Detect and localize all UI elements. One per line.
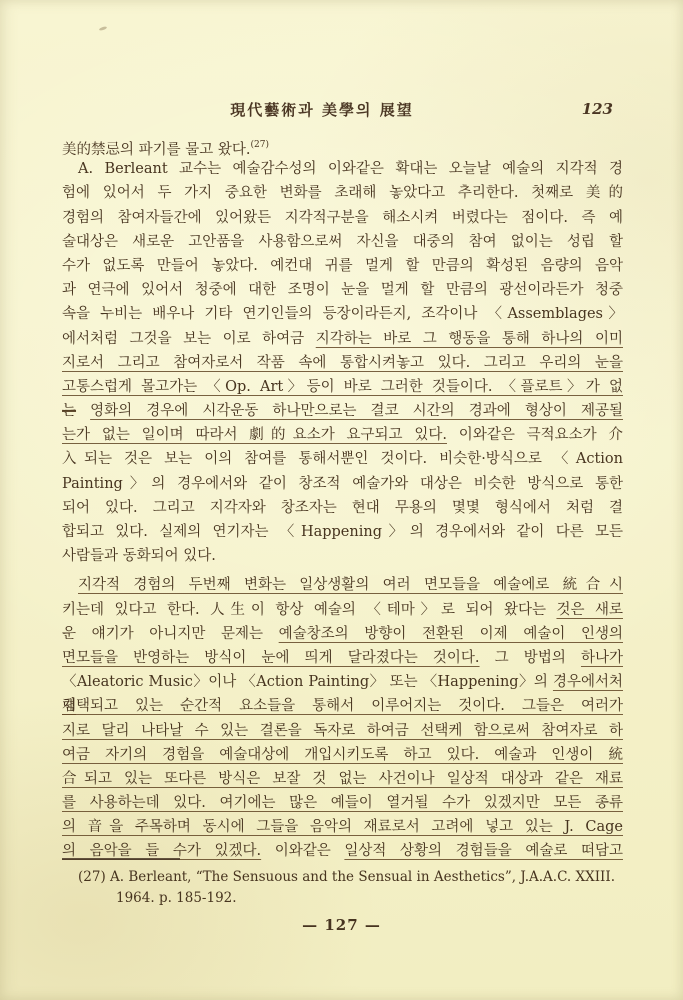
text-line: 여금 자기의 경험을 예술대상에 개입시키도록 하고 있다. 예술과 인생이 統 <box>62 743 623 767</box>
text-line: 술대상은 새로운 고안품을 사용함으로써 자신을 대중의 참여 없이는 성립 할 <box>62 230 623 254</box>
underlined-text-segment: 는가 없는 일이며 따라서 劇的요소가 요구되고 있다. <box>62 427 447 443</box>
footnote-reference-superscript: (27) <box>251 140 269 150</box>
text-segment: 그 방법의 <box>480 650 581 666</box>
text-line: 合되고 있는 또다른 방식은 보잘 것 없는 사건이나 일상적 대상과 같은 재… <box>62 767 623 791</box>
footnote-marker: (27) <box>78 869 106 885</box>
underlined-text-segment: 合되고 있는 또다른 방식은 보잘 것 없는 사건이나 일상적 대상과 같은 재… <box>62 771 623 787</box>
text-line: 지로 달리 나타날 수 있는 결론을 독자로 하여금 선택케 함으로써 참여자로… <box>62 719 623 743</box>
text-line: 고통스럽게 몰고가는 〈Op. Art〉등이 바로 그러한 것들이다. 〈플로트… <box>62 375 623 399</box>
underlined-text-segment: 영화의 경우에 시각운동 하나만으로는 결코 시간의 경과에 형상이 제공될 <box>90 403 623 419</box>
footnote: (27) A. Berleant, “The Sensuous and the … <box>62 858 623 909</box>
text-segment: 수가 없도록 만들어 놓았다. 예컨대 귀를 멀게 할 만큼의 확성된 음량의 … <box>62 258 623 274</box>
text-line: 美的禁忌의 파기를 물고 왔다.(27) <box>62 133 623 157</box>
body-text: 美的禁忌의 파기를 물고 왔다.(27)A. Berleant 교수는 예술감수… <box>62 133 623 864</box>
text-segment: 과 연극에 있어서 청중에 대한 조명이 눈을 멀게 할 만큼의 광선이라든가 … <box>62 282 623 298</box>
text-line: A. Berleant 교수는 예술감수성의 이와같은 확대는 오늘날 예술의 … <box>62 157 623 181</box>
footnote-line: (27) A. Berleant, “The Sensuous and the … <box>62 867 623 888</box>
text-line: 과 연극에 있어서 청중에 대한 조명이 눈을 멀게 할 만큼의 광선이라든가 … <box>62 278 623 302</box>
underlined-text-segment: 것은 새로 <box>556 602 623 618</box>
footnote-citation: A. Berleant, “The Sensuous and the Sensu… <box>110 869 615 885</box>
page-number-bottom: — 127 — <box>0 916 683 934</box>
text-segment: 入되는 것은 보는 이의 참여를 통해서뿐인 것이다. 비슷한·방식으로 〈Ac… <box>62 451 623 467</box>
text-line: 는가 없는 일이며 따라서 劇的요소가 요구되고 있다. 이와같은 극적요소가 … <box>62 423 623 447</box>
text-line: 〈Aleatoric Music〉이나 〈Action Painting〉 또는… <box>62 670 623 694</box>
text-line: 키는데 있다고 한다. 人生이 항상 예술의 〈테마〉로 되어 왔다는 것은 새… <box>62 598 623 622</box>
underlined-text-segment: 채택되고 있는 순간적 요소들을 통해서 이루어지는 것이다. 그들은 여러가 <box>62 698 623 714</box>
ink-speck <box>99 26 108 31</box>
text-segment: Painting〉의 경우에서와 같이 창조적 예술가와 대상은 비슷한 방식으… <box>62 476 623 492</box>
text-line: 되어 있다. 그리고 지각자와 창조자는 현대 무용의 몇몇 형식에서 처럼 결 <box>62 496 623 520</box>
text-line: 합되고 있다. 실제의 연기자는 〈Happening〉의 경우에서와 같이 다… <box>62 520 623 544</box>
text-segment <box>76 403 90 419</box>
text-segment: 속을 누비는 배우나 기타 연기인들의 등장이라든지, 조각이나 〈Assemb… <box>62 306 623 322</box>
text-line: 채택되고 있는 순간적 요소들을 통해서 이루어지는 것이다. 그들은 여러가 <box>62 694 623 718</box>
text-segment: 사람들과 동화되어 있다. <box>62 548 216 564</box>
underlined-text-segment: 지로 달리 나타날 수 있는 결론을 독자로 하여금 선택케 함으로써 참여자로… <box>62 723 623 739</box>
text-segment: 경험의 참여자들간에 있어왔든 지각적구분을 해소시켜 버렸다는 점이다. 즉 … <box>62 210 623 226</box>
text-segment: 〈Aleatoric Music〉이나 〈Action Painting〉 또는… <box>62 674 553 690</box>
text-segment: 키는데 있다고 한다. 人生이 항상 예술의 〈테마〉로 되어 왔다는 <box>62 602 556 618</box>
underlined-text-segment: 하나가 <box>581 650 623 666</box>
text-line: 지각적 경험의 두번째 변화는 일상생활의 여러 면모들을 예술에로 統合시 <box>62 573 623 597</box>
text-segment: 운 얘기가 아니지만 문제는 <box>62 626 279 642</box>
text-segment: 이와같은 극적요소가 介 <box>447 427 623 443</box>
text-line: 속을 누비는 배우나 기타 연기인들의 등장이라든지, 조각이나 〈Assemb… <box>62 302 623 326</box>
footnote-separator-rule <box>62 858 180 860</box>
text-segment: 美的禁忌의 파기를 물고 왔다. <box>62 142 251 158</box>
scanned-document-page: 現代藝術과 美學의 展望 123 美的禁忌의 파기를 물고 왔다.(27)A. … <box>0 0 683 1000</box>
underlined-text-segment: 지각적 경험의 두번째 변화는 일상생활의 여러 면모들을 예술에로 統合시 <box>78 577 623 593</box>
page-number-top: 123 <box>582 100 613 118</box>
text-segment: 는 <box>62 403 76 419</box>
underlined-text-segment: 를 사용하는데 있다. 여기에는 많은 예들이 열거될 수가 있겠지만 모든 종… <box>62 795 623 811</box>
text-line: 험에 있어서 두 가지 중요한 변화를 초래해 놓았다고 추리한다. 첫째로 美… <box>62 181 623 205</box>
text-line: 수가 없도록 만들어 놓았다. 예컨대 귀를 멀게 할 만큼의 확성된 음량의 … <box>62 254 623 278</box>
text-line: 경험의 참여자들간에 있어왔든 지각적구분을 해소시켜 버렸다는 점이다. 즉 … <box>62 206 623 230</box>
underlined-text-segment: 예술창조의 방향이 전환된 이제 예술이 인생의 <box>279 626 623 642</box>
underlined-text-segment: 여금 자기의 경험을 예술대상에 개입시키도록 하고 있다. 예술과 인생이 統 <box>62 747 623 763</box>
text-line: 에서처럼 그것을 보는 이로 하여금 지각하는 바로 그 행동을 통해 하나의 … <box>62 327 623 351</box>
text-line: 를 사용하는데 있다. 여기에는 많은 예들이 열거될 수가 있겠지만 모든 종… <box>62 791 623 815</box>
text-segment: 에서처럼 그것을 보는 이로 하여금 <box>62 331 316 347</box>
underlined-text-segment: 지로서 그리고 참여자로서 작품 속에 통합시켜놓고 있다. 그리고 우리의 눈… <box>62 355 623 371</box>
text-line: Painting〉의 경우에서와 같이 창조적 예술가와 대상은 비슷한 방식으… <box>62 472 623 496</box>
text-segment: A. Berleant 교수는 예술감수성의 이와같은 확대는 오늘날 예술의 … <box>78 161 623 177</box>
text-line: 는 영화의 경우에 시각운동 하나만으로는 결코 시간의 경과에 형상이 제공될 <box>62 399 623 423</box>
running-header-title: 現代藝術과 美學의 展望 <box>62 99 582 120</box>
text-segment: 합되고 있다. 실제의 연기자는 〈Happening〉의 경우에서와 같이 다… <box>62 524 623 540</box>
text-line: 운 얘기가 아니지만 문제는 예술창조의 방향이 전환된 이제 예술이 인생의 <box>62 622 623 646</box>
text-line: 면모들을 반영하는 방식이 눈에 띄게 달라졌다는 것이다. 그 방법의 하나가 <box>62 646 623 670</box>
underlined-text-segment: 지각하는 바로 그 행동을 통해 하나의 이미 <box>316 331 623 347</box>
underlined-text-segment: 고통스럽게 몰고가는 〈Op. Art〉등이 바로 그러한 것들이다. 〈플로트… <box>62 379 623 395</box>
underlined-text-segment: 면모들을 반영하는 방식이 눈에 띄게 달라졌다는 것이다. <box>62 650 480 666</box>
text-segment: 술대상은 새로운 고안품을 사용함으로써 자신을 대중의 참여 없이는 성립 할 <box>62 234 623 250</box>
text-segment: 험에 있어서 두 가지 중요한 변화를 초래해 놓았다고 추리한다. 첫째로 美… <box>62 185 623 201</box>
text-line: 의 音을 주목하며 동시에 그들을 음악의 재료로서 고려에 넣고 있는 J. … <box>62 815 623 839</box>
text-line: 사람들과 동화되어 있다. <box>62 544 623 568</box>
underlined-text-segment: 의 音을 주목하며 동시에 그들을 음악의 재료로서 고려에 넣고 있는 J. … <box>62 819 623 835</box>
text-line: 入되는 것은 보는 이의 참여를 통해서뿐인 것이다. 비슷한·방식으로 〈Ac… <box>62 447 623 471</box>
text-segment: 되어 있다. 그리고 지각자와 창조자는 현대 무용의 몇몇 형식에서 처럼 결 <box>62 500 623 516</box>
text-line: 지로서 그리고 참여자로서 작품 속에 통합시켜놓고 있다. 그리고 우리의 눈… <box>62 351 623 375</box>
footnote-line-continued: 1964. p. 185-192. <box>62 888 623 909</box>
